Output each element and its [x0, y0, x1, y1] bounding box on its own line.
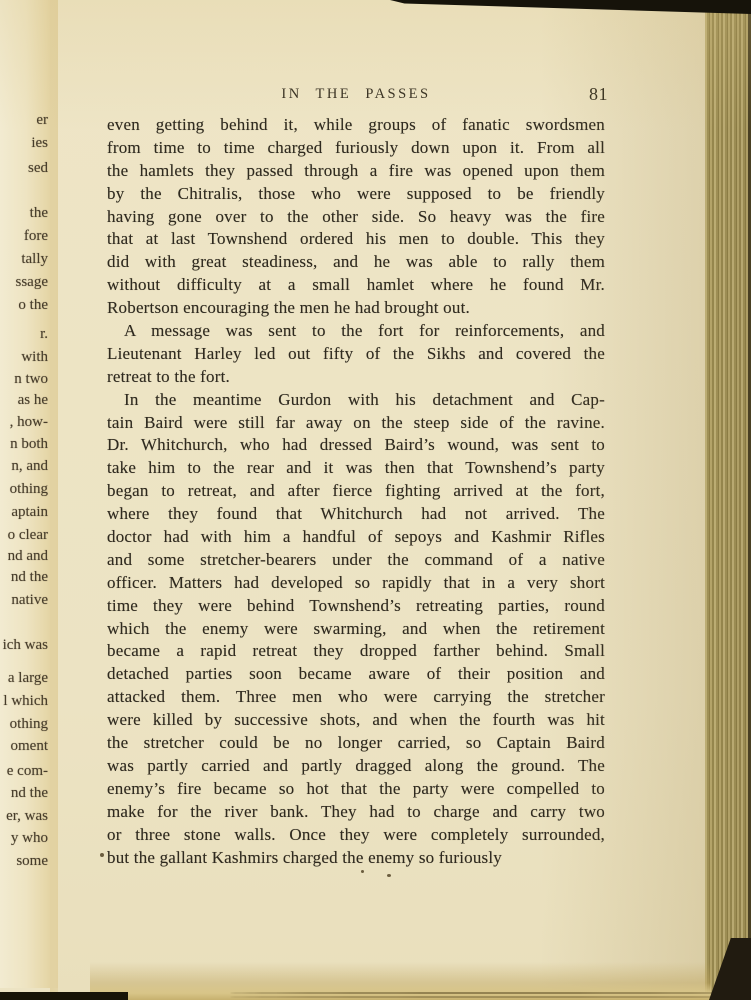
- page-number: 81: [528, 84, 608, 105]
- text-line: tain Baird were still far away on the st…: [107, 412, 605, 435]
- facing-page-text-fragment: r.: [40, 326, 48, 343]
- text-line: make for the river bank. They had to cha…: [107, 801, 605, 824]
- text-line: did with great steadiness, and he was ab…: [107, 251, 605, 274]
- text-line: by the Chitralis, those who were suppose…: [107, 183, 605, 206]
- facing-page-text-fragment: nd and: [8, 548, 48, 565]
- facing-page-text-fragment: sed: [28, 160, 48, 177]
- facing-page-text-fragment: nd the: [11, 569, 48, 586]
- book-scan: eriessedtheforetallyssageo ther.withn tw…: [0, 0, 751, 1000]
- text-line: began to retreat, and after fierce fight…: [107, 480, 605, 503]
- facing-page-text-fragment: othing: [10, 716, 48, 733]
- text-line: became a rapid retreat they dropped fart…: [107, 640, 605, 663]
- facing-page-text-fragment: oment: [11, 738, 49, 755]
- text-line: attacked them. Three men who were carryi…: [107, 686, 605, 709]
- text-line: were killed by successive shots, and whe…: [107, 709, 605, 732]
- facing-page-text-fragment: , how-: [10, 414, 48, 431]
- paragraph: A message was sent to the fort for reinf…: [107, 320, 605, 389]
- facing-page-text-fragment: othing: [10, 481, 48, 498]
- facing-page-text-fragment: o the: [18, 297, 48, 314]
- book-bottom-page-edges: [90, 962, 711, 1000]
- text-line: Dr. Whitchurch, who had dressed Baird’s …: [107, 434, 605, 457]
- facing-page-text-fragment: a large: [8, 670, 48, 687]
- paragraph: even getting behind it, while groups of …: [107, 114, 605, 320]
- text-line: the hamlets they passed through a fire w…: [107, 160, 605, 183]
- text-line: even getting behind it, while groups of …: [107, 114, 605, 137]
- bottom-page-edge-line: [230, 996, 751, 998]
- facing-page-text-fragment: l which: [3, 693, 48, 710]
- text-line: that at last Townshend ordered his men t…: [107, 228, 605, 251]
- facing-page-text-fragment: er, was: [6, 808, 48, 825]
- background-bottom-left: [0, 992, 128, 1000]
- facing-page-text-fragment: some: [16, 853, 48, 870]
- ink-speck: [387, 874, 391, 877]
- facing-page-text-fragment: fore: [24, 228, 48, 245]
- text-line: officer. Matters had developed so rapidl…: [107, 572, 605, 595]
- fore-edge-pages: [705, 0, 751, 1000]
- facing-page-text-fragment: n, and: [11, 458, 48, 475]
- ink-speck: [361, 870, 364, 873]
- facing-page-text-fragment: ssage: [16, 274, 49, 291]
- facing-page-text-fragment: y who: [11, 830, 48, 847]
- facing-page-text-fragment: e com-: [7, 763, 48, 780]
- text-line: without difficulty at a small hamlet whe…: [107, 274, 605, 297]
- text-line: doctor had with him a handful of sepoys …: [107, 526, 605, 549]
- text-line: or three stone walls. Once they were com…: [107, 824, 605, 847]
- text-line: which the enemy were swarming, and when …: [107, 618, 605, 641]
- page-body: even getting behind it, while groups of …: [107, 114, 605, 869]
- text-line: time they were behind Townshend’s retrea…: [107, 595, 605, 618]
- text-line: but the gallant Kashmirs charged the ene…: [107, 847, 605, 870]
- facing-page-text-fragment: tally: [21, 251, 48, 268]
- text-line: Robertson encouraging the men he had bro…: [107, 297, 605, 320]
- text-line: having gone over to the other side. So h…: [107, 206, 605, 229]
- facing-page-text-fragment: ies: [31, 135, 48, 152]
- text-line: A message was sent to the fort for reinf…: [107, 320, 605, 343]
- bottom-page-edge-line: [230, 992, 751, 994]
- paragraph: In the meantime Gurdon with his detachme…: [107, 389, 605, 870]
- facing-page-text-fragment: er: [36, 112, 48, 129]
- facing-page-text-fragment: o clear: [8, 527, 48, 544]
- ink-speck: [100, 853, 104, 857]
- facing-page-text-fragment: with: [21, 349, 48, 366]
- text-line: take him to the rear and it was then tha…: [107, 457, 605, 480]
- facing-page-text-fragment: the: [30, 205, 48, 222]
- text-line: In the meantime Gurdon with his detachme…: [107, 389, 605, 412]
- facing-page-text-fragment: nd the: [11, 785, 48, 802]
- text-line: the stretcher could be no longer carried…: [107, 732, 605, 755]
- text-line: Lieutenant Harley led out fifty of the S…: [107, 343, 605, 366]
- text-line: was partly carried and partly dragged al…: [107, 755, 605, 778]
- facing-page-text-fragment: as he: [18, 392, 48, 409]
- text-line: retreat to the fort.: [107, 366, 605, 389]
- facing-page-text-fragment: n two: [14, 371, 48, 388]
- book-page: IN THE PASSES 81 even getting behind it,…: [58, 0, 705, 1000]
- facing-page-text-fragment: ich was: [3, 637, 48, 654]
- text-line: and some stretcher-bearers under the com…: [107, 549, 605, 572]
- facing-page-text-fragment: native: [11, 592, 48, 609]
- facing-page-text-fragment: n both: [10, 436, 48, 453]
- facing-page-text-fragment: aptain: [11, 504, 48, 521]
- text-line: where they found that Whitchurch had not…: [107, 503, 605, 526]
- text-line: enemy’s fire became so hot that the part…: [107, 778, 605, 801]
- text-line: from time to time charged furiously down…: [107, 137, 605, 160]
- text-line: detached parties soon became aware of th…: [107, 663, 605, 686]
